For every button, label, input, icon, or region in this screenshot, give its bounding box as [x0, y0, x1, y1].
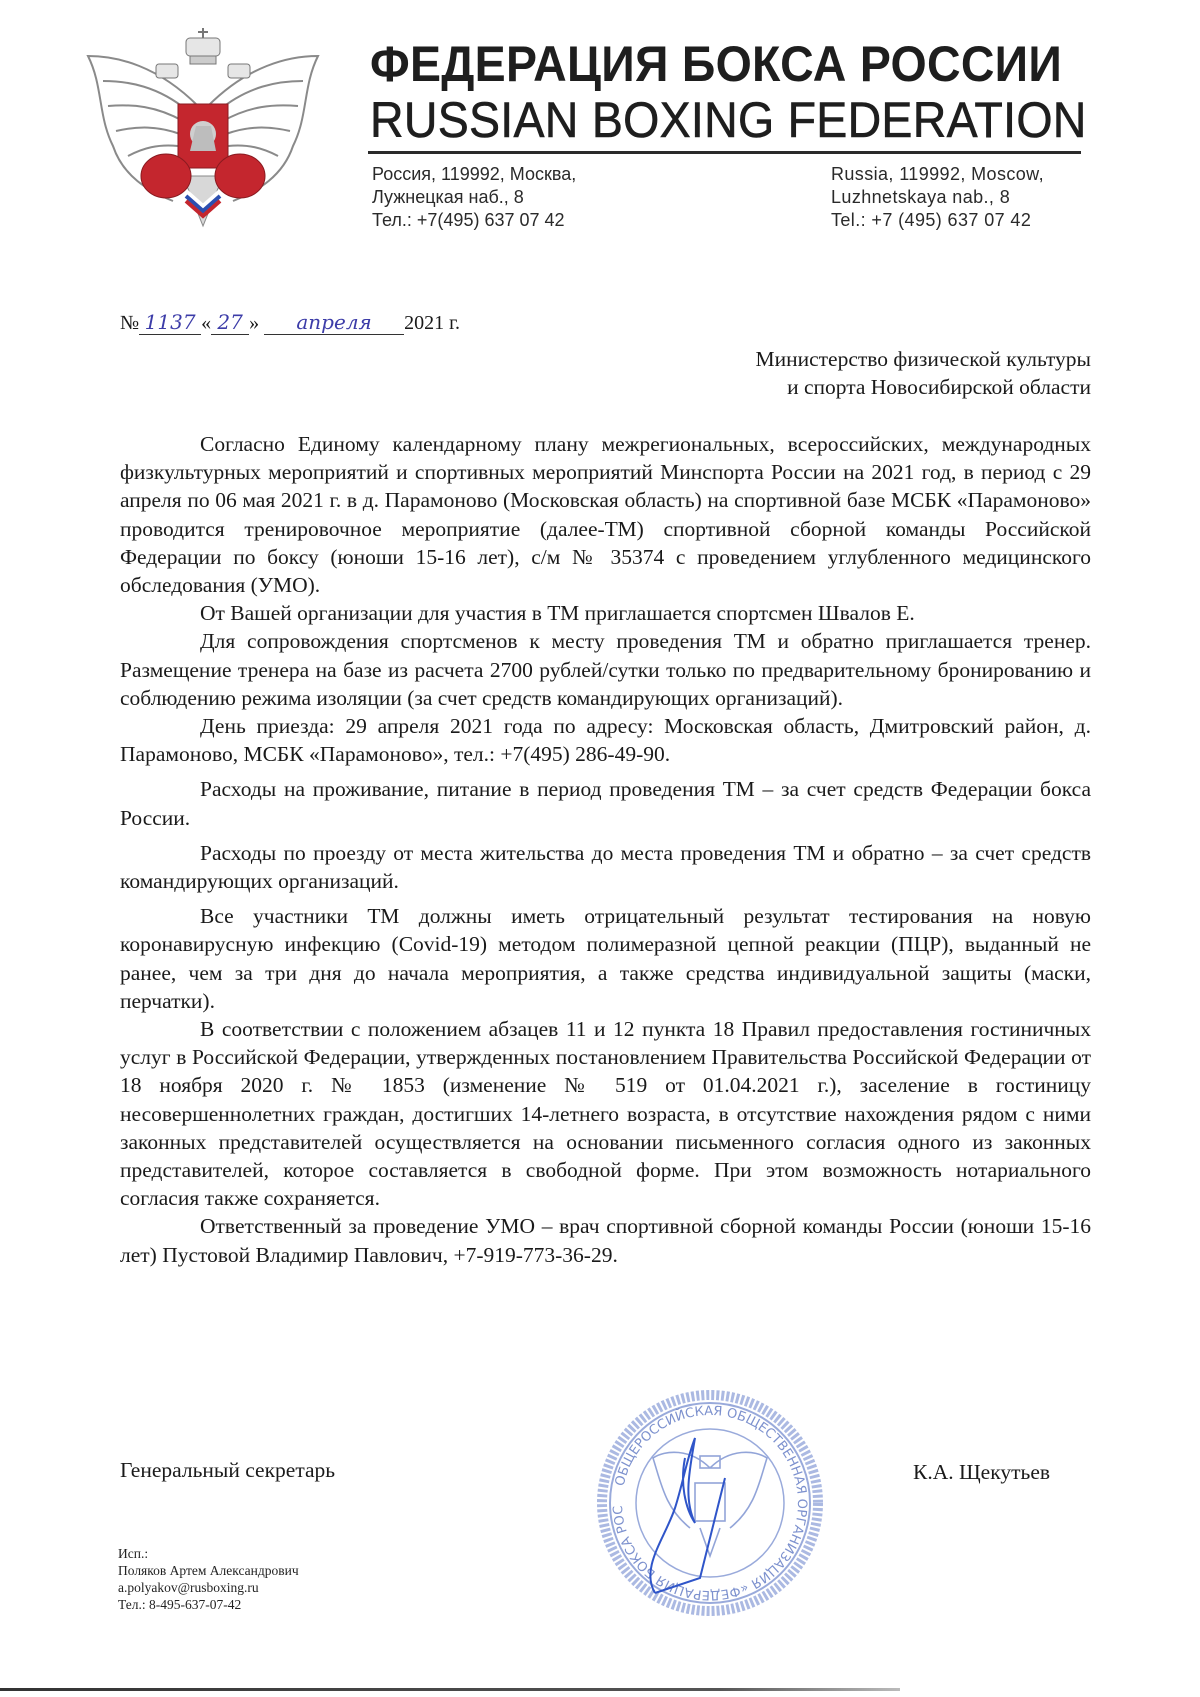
- double-headed-eagle-icon: [78, 26, 328, 238]
- quote-open: «: [201, 312, 211, 334]
- signatory-position: Генеральный секретарь: [120, 1458, 335, 1483]
- body-paragraph: Ответственный за проведение УМО – врач с…: [120, 1212, 1091, 1268]
- address-en-line: Luzhnetskaya nab., 8: [831, 186, 1044, 209]
- body-paragraph: В соответствии с положением абзацев 11 и…: [120, 1015, 1091, 1212]
- body-paragraph: Согласно Единому календарному плану межр…: [120, 430, 1091, 599]
- executor-label: Исп.:: [118, 1545, 299, 1562]
- reference-line: №1137«27» апреля2021 г.: [120, 310, 460, 335]
- recipient-line: Министерство физической культуры: [600, 345, 1091, 373]
- scan-edge-line: [0, 1688, 900, 1691]
- body-paragraph: От Вашей организации для участия в ТМ пр…: [120, 599, 1091, 627]
- body-paragraph: Расходы на проживание, питание в период …: [120, 775, 1091, 831]
- executor-phone: Тел.: 8-495-637-07-42: [118, 1596, 299, 1613]
- address-en-phone: Tel.: +7 (495) 637 07 42: [831, 209, 1044, 232]
- federation-emblem: [78, 26, 328, 238]
- executor-name: Поляков Артем Александрович: [118, 1562, 299, 1579]
- reference-year: 2021 г.: [404, 312, 460, 334]
- body-paragraph: Для сопровождения спортсменов к месту пр…: [120, 627, 1091, 712]
- signatory-name: К.А. Щекутьев: [913, 1460, 1050, 1485]
- reference-day: 27: [211, 310, 249, 335]
- header-divider: [368, 151, 1081, 154]
- stamp-seal-icon: ОБЩЕРОССИЙСКАЯ ОБЩЕСТВЕННАЯ ОРГАНИЗАЦИЯ …: [595, 1388, 825, 1618]
- body-paragraph: Все участники ТМ должны иметь отрицатель…: [120, 902, 1091, 1015]
- body-paragraph: День приезда: 29 апреля 2021 года по адр…: [120, 712, 1091, 768]
- executor-email: a.polyakov@rusboxing.ru: [118, 1579, 299, 1596]
- address-en-line: Russia, 119992, Moscow,: [831, 163, 1044, 186]
- reference-number: 1137: [139, 310, 201, 335]
- official-stamp: ОБЩЕРОССИЙСКАЯ ОБЩЕСТВЕННАЯ ОРГАНИЗАЦИЯ …: [595, 1388, 825, 1618]
- address-ru-line: Россия, 119992, Москва,: [372, 163, 576, 186]
- body-paragraph: Расходы по проезду от места жительства д…: [120, 839, 1091, 895]
- federation-title-en: RUSSIAN BOXING FEDERATION: [370, 92, 1087, 148]
- address-ru-phone: Тел.: +7(495) 637 07 42: [372, 209, 576, 232]
- reference-month: апреля: [264, 310, 404, 335]
- executor-block: Исп.: Поляков Артем Александрович a.poly…: [118, 1545, 299, 1613]
- recipient-line: и спорта Новосибирской области: [600, 373, 1091, 401]
- number-sign: №: [120, 312, 139, 334]
- address-ru-line: Лужнецкая наб., 8: [372, 186, 576, 209]
- federation-title-ru: ФЕДЕРАЦИЯ БОКСА РОССИИ: [370, 36, 1062, 92]
- recipient-block: Министерство физической культуры и спорт…: [600, 345, 1091, 401]
- letter-body: Согласно Единому календарному плану межр…: [120, 430, 1091, 1269]
- quote-close: »: [249, 312, 259, 334]
- address-en: Russia, 119992, Moscow, Luzhnetskaya nab…: [831, 163, 1044, 232]
- address-ru: Россия, 119992, Москва, Лужнецкая наб., …: [372, 163, 576, 232]
